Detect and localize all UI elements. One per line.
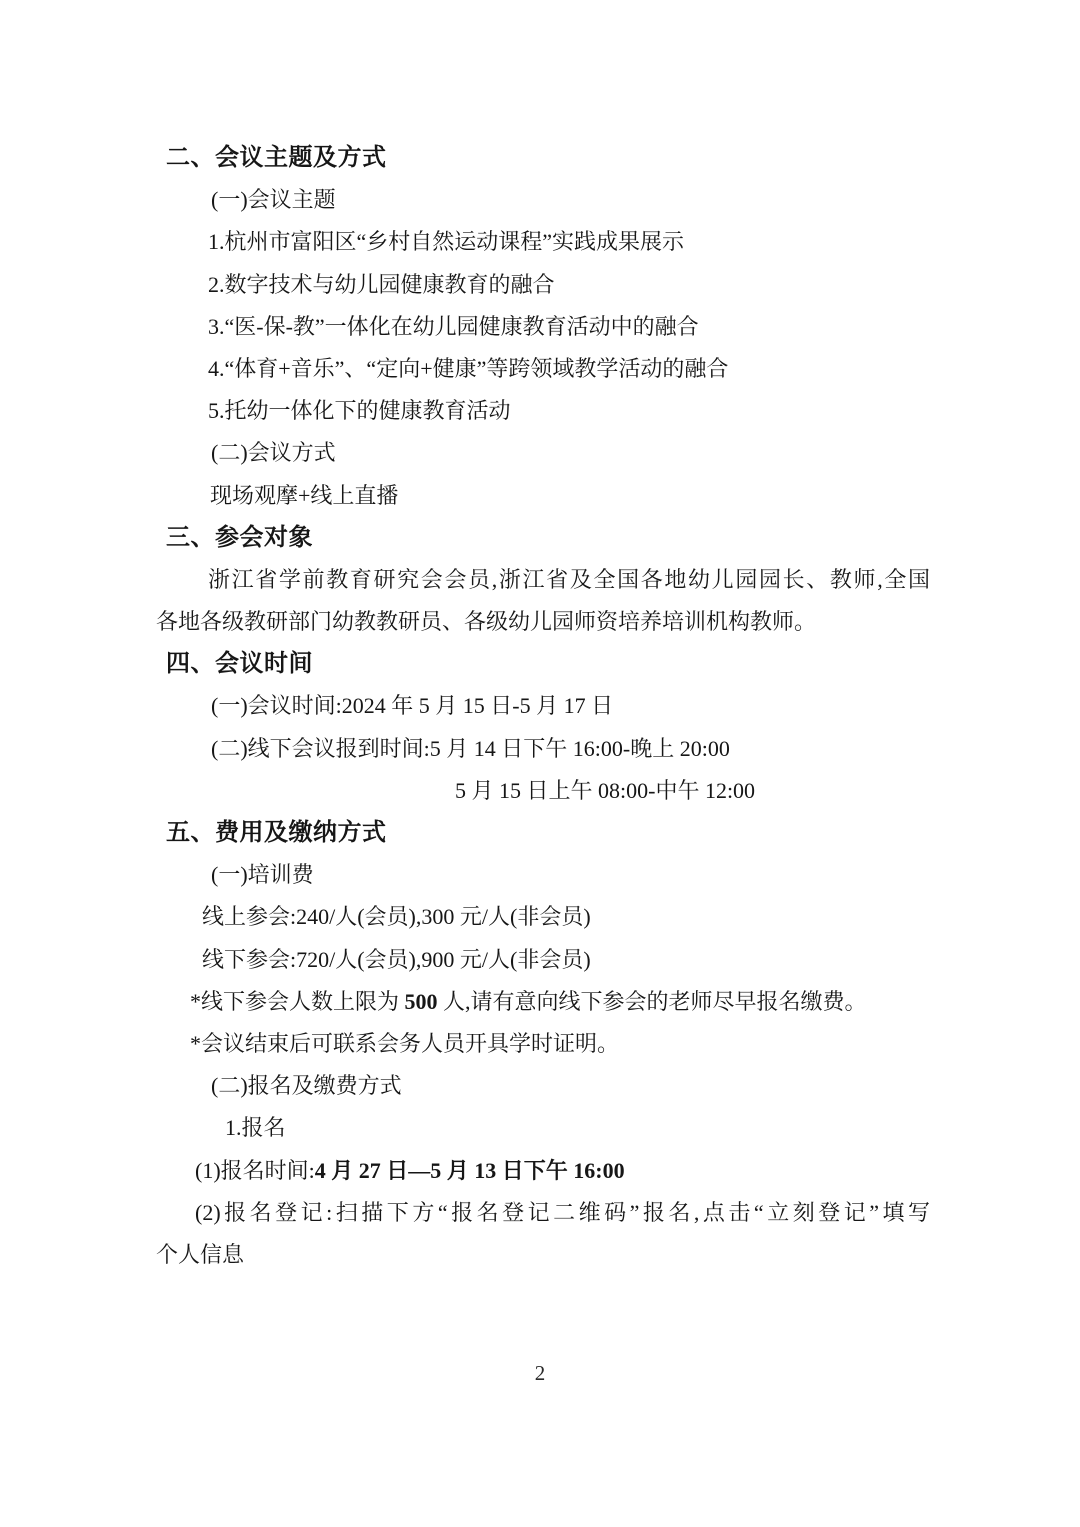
section3-heading: 三、参会对象 xyxy=(156,517,930,559)
section5-subheading-fee: (一)培训费 xyxy=(156,854,930,896)
note-capacity-line: *线下参会人数上限为 500 人,请有意向线下参会的老师尽早报名缴费。 xyxy=(156,981,930,1023)
note-capacity-limit-number: 500 xyxy=(405,989,438,1014)
section5-heading: 五、费用及缴纳方式 xyxy=(156,812,930,854)
note-capacity-suffix: 人,请有意向线下参会的老师尽早报名缴费。 xyxy=(438,989,867,1014)
note-capacity-prefix: *线下参会人数上限为 xyxy=(190,989,405,1014)
section2-heading: 二、会议主题及方式 xyxy=(156,137,930,179)
checkin-time-continuation: 5 月 15 日上午 08:00-中午 12:00 xyxy=(156,770,930,812)
topic-item-4: 4.“体育+音乐”、“定向+健康”等跨领域教学活动的融合 xyxy=(156,348,930,390)
registration-time-value: 4 月 27 日—5 月 13 日下午 16:00 xyxy=(315,1158,625,1183)
page-number: 2 xyxy=(0,1352,1080,1394)
participants-paragraph-line2: 各地各级教研部门幼教教研员、各级幼儿园师资培养培训机构教师。 xyxy=(156,601,930,643)
section5-subheading-registration: (二)报名及缴费方式 xyxy=(156,1065,930,1107)
document-content: 二、会议主题及方式 (一)会议主题 1.杭州市富阳区“乡村自然运动课程”实践成果… xyxy=(156,137,930,1276)
registration-time-line: (1)报名时间:4 月 27 日—5 月 13 日下午 16:00 xyxy=(156,1150,930,1192)
section4-heading: 四、会议时间 xyxy=(156,643,930,685)
meeting-method-text: 现场观摩+线上直播 xyxy=(156,475,930,517)
section2-subheading-theme: (一)会议主题 xyxy=(156,179,930,221)
checkin-time-item: (二)线下会议报到时间:5 月 14 日下午 16:00-晚上 20:00 xyxy=(156,728,930,770)
registration-time-label: (1)报名时间: xyxy=(195,1158,315,1183)
meeting-time-item: (一)会议时间:2024 年 5 月 15 日-5 月 17 日 xyxy=(156,685,930,727)
topic-item-2: 2.数字技术与幼儿园健康教育的融合 xyxy=(156,264,930,306)
registration-method-line1: (2)报名登记:扫描下方“报名登记二维码”报名,点击“立刻登记”填写 xyxy=(156,1192,930,1234)
registration-method-line2: 个人信息 xyxy=(156,1234,930,1276)
fee-online-line: 线上参会:240/人(会员),300 元/人(非会员) xyxy=(156,896,930,938)
note-certificate-line: *会议结束后可联系会务人员开具学时证明。 xyxy=(156,1023,930,1065)
topic-item-1: 1.杭州市富阳区“乡村自然运动课程”实践成果展示 xyxy=(156,221,930,263)
registration-title: 1.报名 xyxy=(156,1107,930,1149)
fee-offline-line: 线下参会:720/人(会员),900 元/人(非会员) xyxy=(156,939,930,981)
document-page: 二、会议主题及方式 (一)会议主题 1.杭州市富阳区“乡村自然运动课程”实践成果… xyxy=(0,0,1080,1527)
section2-subheading-method: (二)会议方式 xyxy=(156,432,930,474)
participants-paragraph-line1: 浙江省学前教育研究会会员,浙江省及全国各地幼儿园园长、教师,全国 xyxy=(156,559,930,601)
topic-item-3: 3.“医-保-教”一体化在幼儿园健康教育活动中的融合 xyxy=(156,306,930,348)
topic-item-5: 5.托幼一体化下的健康教育活动 xyxy=(156,390,930,432)
